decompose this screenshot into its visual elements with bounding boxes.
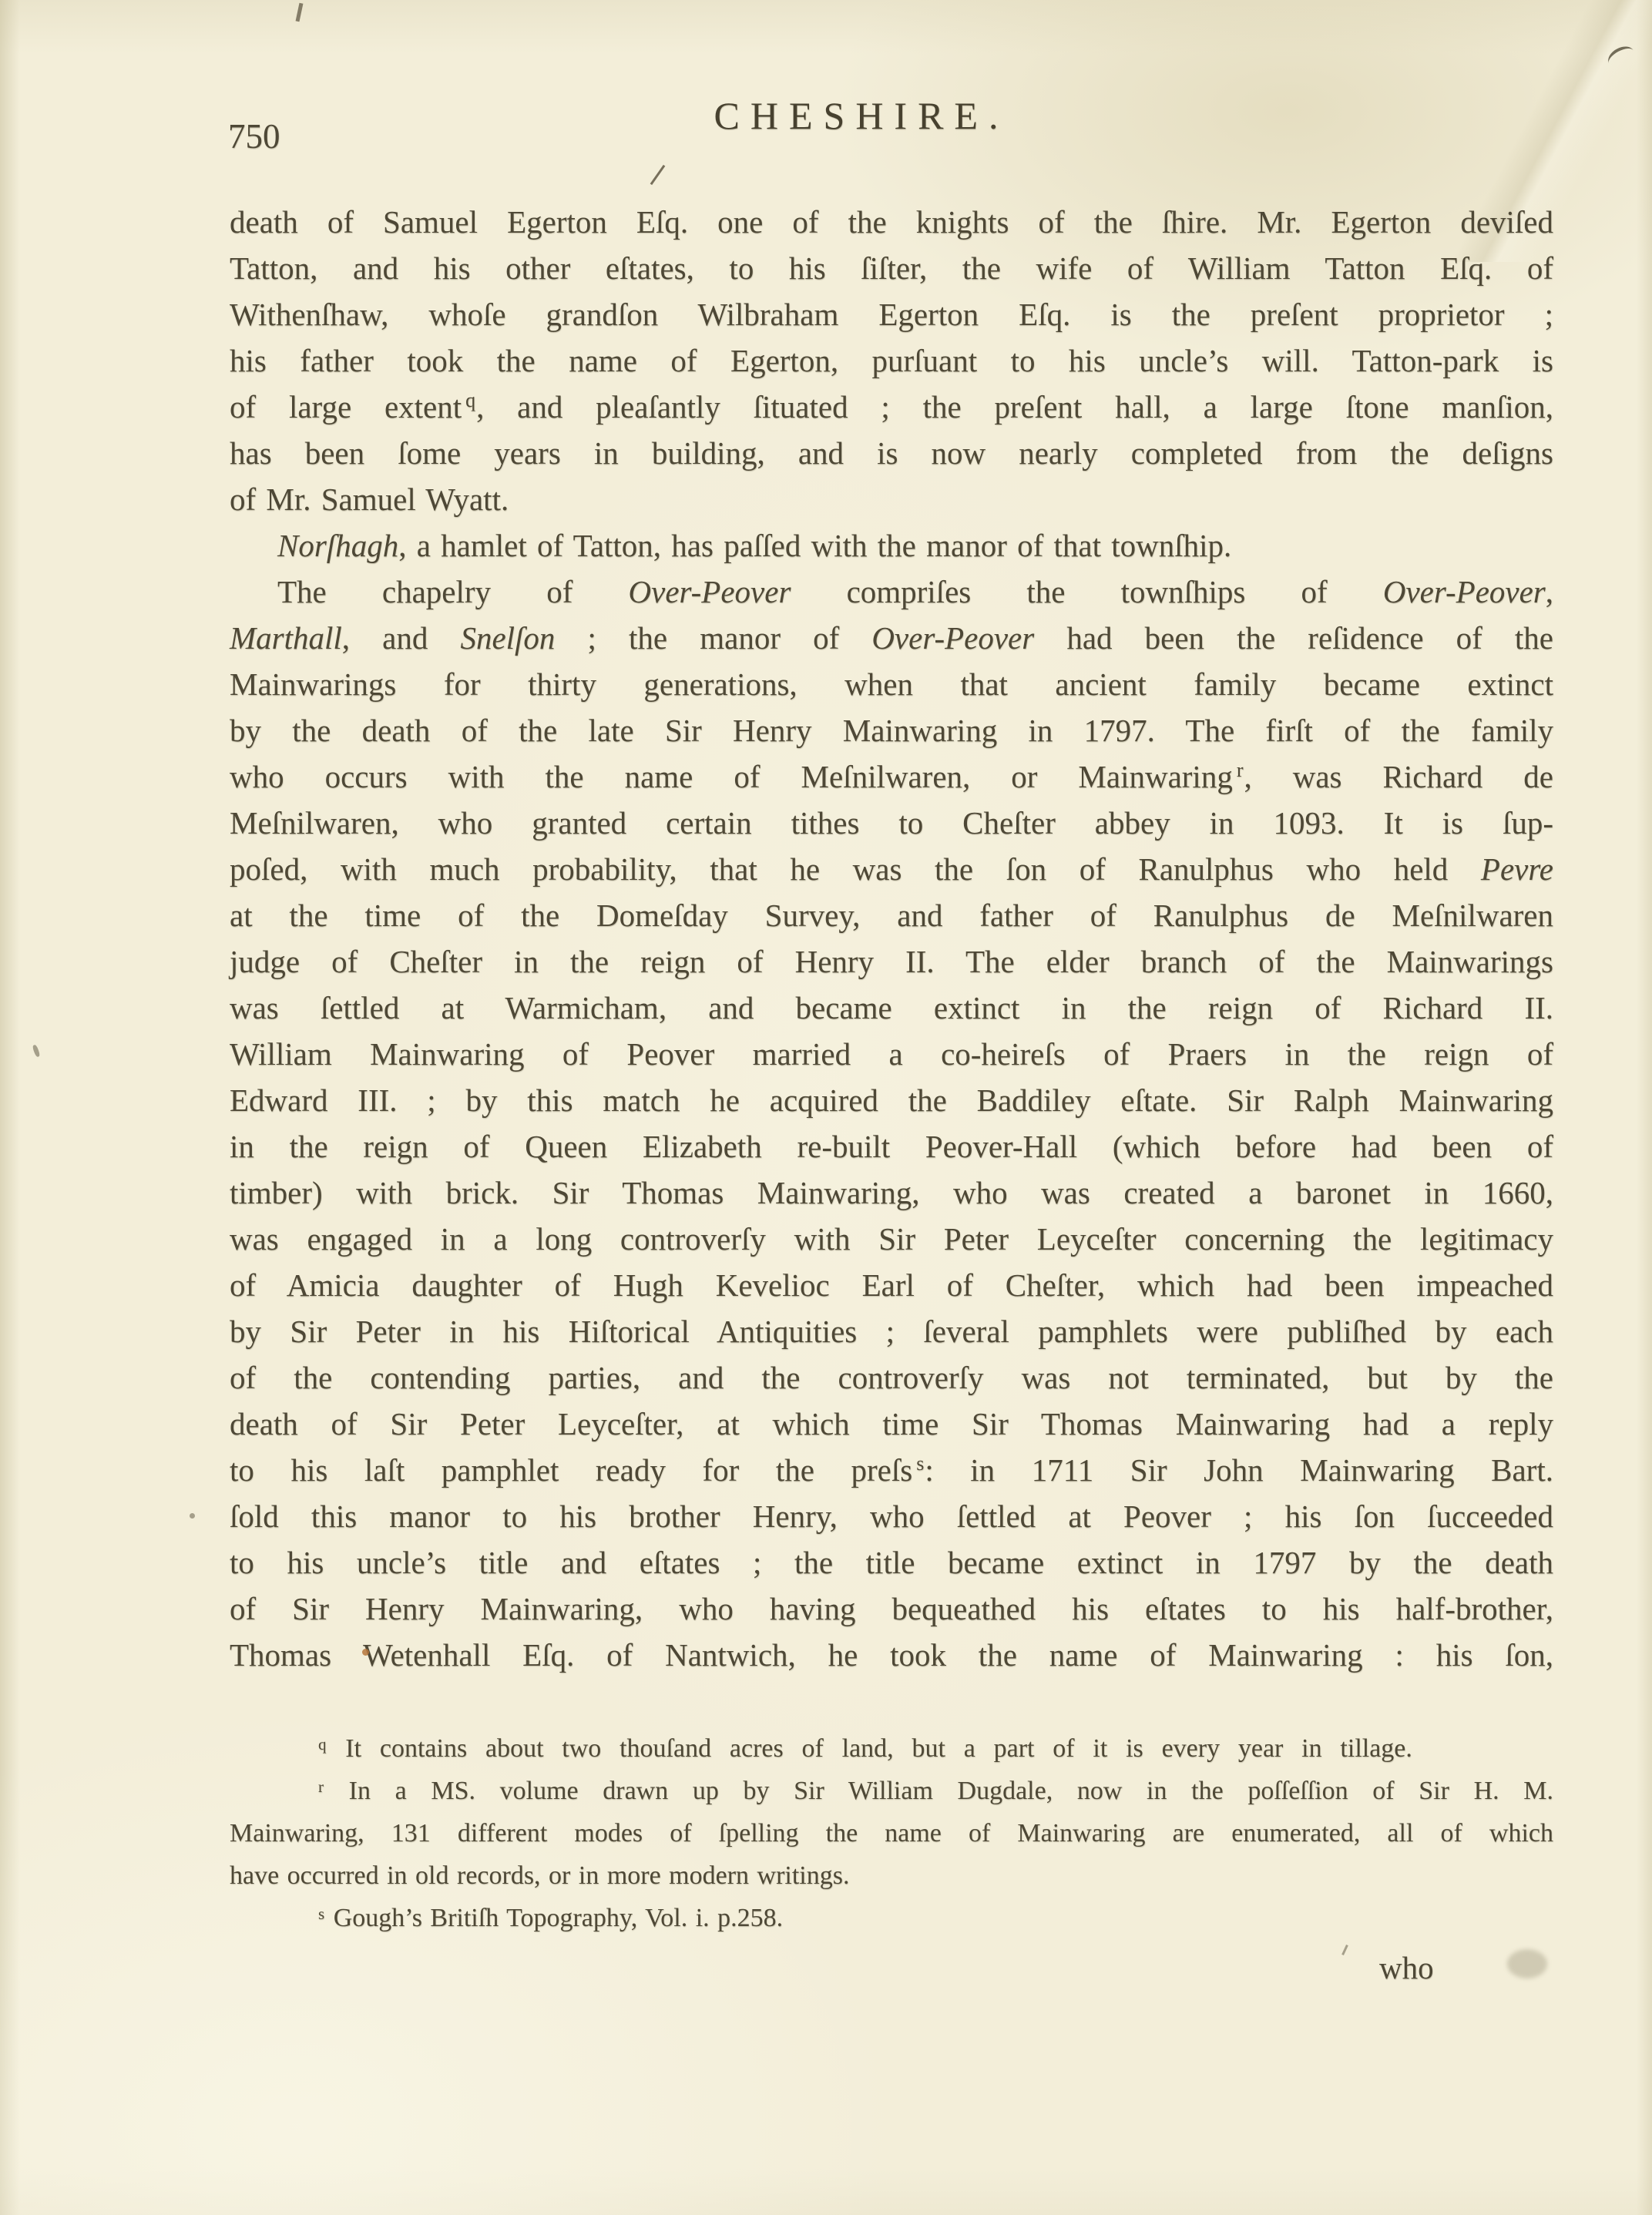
text-segment: , was Richard de xyxy=(1244,759,1554,794)
text-segment: had been the reſidence of the xyxy=(1034,620,1553,656)
ink-speck xyxy=(1341,1945,1348,1955)
text-segment: of large extent xyxy=(230,389,462,425)
text-segment: to his uncle’s title and eſtates ; the t… xyxy=(230,1545,1553,1580)
text-line: Meſnilwaren, who granted certain tithes … xyxy=(230,800,1553,846)
text-segment: , and xyxy=(342,620,461,656)
text-segment: ſold this manor to his brother Henry, wh… xyxy=(230,1498,1553,1534)
footnote-line: have occurred in old records, or in more… xyxy=(230,1854,1553,1897)
text-segment: poſed, with much probability, that he wa… xyxy=(230,851,1481,887)
text-segment: : in 1711 Sir John Mainwaring Bart. xyxy=(925,1452,1553,1488)
ink-speck xyxy=(296,3,304,22)
text-segment: of Mr. Samuel Wyatt. xyxy=(230,482,509,517)
text-line: Tatton, and his other eſtates, to his ſi… xyxy=(230,245,1553,291)
footnote-line: s Gough’s Britiſh Topography, Vol. i. p.… xyxy=(230,1897,1553,1939)
text-segment: have occurred in old records, or in more… xyxy=(230,1861,849,1890)
text-segment: judge of Cheſter in the reign of Henry I… xyxy=(230,944,1553,979)
footnote-line: r In a MS. volume drawn up by Sir Willia… xyxy=(230,1770,1553,1812)
text-segment: of the contending parties, and the contr… xyxy=(230,1360,1553,1395)
ink-speck xyxy=(190,1513,195,1519)
text-segment: compriſes the townſhips of xyxy=(791,574,1382,609)
text-segment: In a MS. volume drawn up by Sir William … xyxy=(324,1777,1553,1805)
text-line: timber) with brick. Sir Thomas Mainwarin… xyxy=(230,1170,1553,1216)
text-line: ſold this manor to his brother Henry, wh… xyxy=(230,1493,1553,1539)
text-line: Marthall, and Snelſon ; the manor of Ove… xyxy=(230,615,1553,661)
text-line: of Sir Henry Mainwaring, who having bequ… xyxy=(230,1586,1553,1632)
ink-speck xyxy=(32,1044,40,1057)
text-line: The chapelry of Over-Peover compriſes th… xyxy=(230,569,1553,615)
footnote-line: q It contains about two thouſand acres o… xyxy=(230,1727,1553,1770)
text-line: at the time of the Domeſday Survey, and … xyxy=(230,892,1553,938)
text-segment: It contains about two thouſand acres of … xyxy=(327,1734,1412,1763)
text-line: who occurs with the name of Meſnilwaren,… xyxy=(230,753,1553,800)
text-segment: Gough’s Britiſh Topography, Vol. i. p.25… xyxy=(325,1904,783,1932)
text-line: death of Samuel Egerton Eſq. one of the … xyxy=(230,199,1553,245)
text-line: poſed, with much probability, that he wa… xyxy=(230,846,1553,892)
italic-segment: Snelſon xyxy=(460,620,555,656)
text-line: Norſhagh, a hamlet of Tatton, has paſſed… xyxy=(230,522,1553,569)
text-line: his father took the name of Egerton, pur… xyxy=(230,337,1553,384)
footnote-line: Mainwaring, 131 different modes of ſpell… xyxy=(230,1812,1553,1854)
text-line: to his laſt pamphlet ready for the preſs… xyxy=(230,1447,1553,1493)
italic-segment: Over-Peover xyxy=(1383,574,1546,609)
italic-segment: Marthall xyxy=(230,620,342,656)
italic-segment: Pevre xyxy=(1481,851,1553,887)
body-text: death of Samuel Egerton Eſq. one of the … xyxy=(230,199,1553,1678)
text-line: Withenſhaw, whoſe grandſon Wilbraham Ege… xyxy=(230,291,1553,337)
text-segment: Tatton, and his other eſtates, to his ſi… xyxy=(230,250,1553,286)
text-segment: , xyxy=(1546,574,1553,609)
text-line: to his uncle’s title and eſtates ; the t… xyxy=(230,1539,1553,1586)
text-line: of the contending parties, and the contr… xyxy=(230,1354,1553,1401)
text-segment: was engaged in a long controverſy with S… xyxy=(230,1221,1553,1257)
text-line: of large extentq, and pleaſantly ſituate… xyxy=(230,384,1553,430)
text-segment: death of Sir Peter Leyceſter, at which t… xyxy=(230,1406,1553,1441)
text-line: judge of Cheſter in the reign of Henry I… xyxy=(230,938,1553,985)
text-line: Edward III. ; by this match he acquired … xyxy=(230,1077,1553,1123)
text-segment: of Sir Henry Mainwaring, who having bequ… xyxy=(230,1591,1553,1626)
text-segment: Thomas Wetenhall Eſq. of Nantwich, he to… xyxy=(230,1637,1553,1673)
text-segment: who occurs with the name of Meſnilwaren,… xyxy=(230,759,1233,794)
text-segment: ; the manor of xyxy=(555,620,871,656)
text-segment: timber) with brick. Sir Thomas Mainwarin… xyxy=(230,1175,1553,1210)
text-segment: was ſettled at Warmicham, and became ext… xyxy=(230,990,1553,1025)
text-line: of Mr. Samuel Wyatt. xyxy=(230,476,1553,522)
book-page: 750 CHESHIRE. death of Samuel Egerton Eſ… xyxy=(0,0,1652,2215)
text-line: was ſettled at Warmicham, and became ext… xyxy=(230,985,1553,1031)
text-segment: death of Samuel Egerton Eſq. one of the … xyxy=(230,204,1553,240)
text-segment: to his laſt pamphlet ready for the preſs xyxy=(230,1452,912,1488)
text-line: by the death of the late Sir Henry Mainw… xyxy=(230,707,1553,753)
text-line: William Mainwaring of Peover married a c… xyxy=(230,1031,1553,1077)
paper-smudge xyxy=(1507,1949,1547,1978)
text-line: Thomas Wetenhall Eſq. of Nantwich, he to… xyxy=(230,1632,1553,1678)
text-segment: Edward III. ; by this match he acquired … xyxy=(230,1082,1553,1118)
text-segment: has been ſome years in building, and is … xyxy=(230,435,1553,471)
italic-segment: Over-Peover xyxy=(871,620,1034,656)
text-segment: Withenſhaw, whoſe grandſon Wilbraham Ege… xyxy=(230,297,1553,332)
text-segment: by the death of the late Sir Henry Mainw… xyxy=(230,713,1553,748)
text-line: Mainwarings for thirty generations, when… xyxy=(230,661,1553,707)
text-segment: at the time of the Domeſday Survey, and … xyxy=(230,898,1553,933)
text-line: death of Sir Peter Leyceſter, at which t… xyxy=(230,1401,1553,1447)
catchword: who xyxy=(1379,1945,1434,1991)
ink-speck xyxy=(650,165,666,185)
text-segment: Meſnilwaren, who granted certain tithes … xyxy=(230,805,1553,841)
text-line: of Amicia daughter of Hugh Kevelioc Earl… xyxy=(230,1262,1553,1308)
text-segment: Mainwarings for thirty generations, when… xyxy=(230,666,1553,702)
text-line: in the reign of Queen Elizabeth re-built… xyxy=(230,1123,1553,1170)
text-segment: , a hamlet of Tatton, has paſſed with th… xyxy=(398,528,1231,563)
text-line: by Sir Peter in his Hiſtorical Antiquiti… xyxy=(230,1308,1553,1354)
italic-segment: Norſhagh xyxy=(277,528,398,563)
text-line: has been ſome years in building, and is … xyxy=(230,430,1553,476)
running-head: CHESHIRE. xyxy=(714,92,1009,139)
page-number: 750 xyxy=(228,116,280,158)
text-segment: in the reign of Queen Elizabeth re-built… xyxy=(230,1129,1553,1164)
corner-mark xyxy=(1604,42,1637,72)
footnotes: q It contains about two thouſand acres o… xyxy=(230,1727,1553,1939)
text-segment: The chapelry of xyxy=(277,574,629,609)
text-segment: of Amicia daughter of Hugh Kevelioc Earl… xyxy=(230,1267,1553,1303)
text-line: was engaged in a long controverſy with S… xyxy=(230,1216,1553,1262)
text-segment: Mainwaring, 131 different modes of ſpell… xyxy=(230,1819,1553,1848)
text-segment: , and pleaſantly ſituated ; the preſent … xyxy=(476,389,1553,425)
italic-segment: Over-Peover xyxy=(629,574,791,609)
text-segment: his father took the name of Egerton, pur… xyxy=(230,343,1553,378)
text-segment: by Sir Peter in his Hiſtorical Antiquiti… xyxy=(230,1314,1553,1349)
text-segment: William Mainwaring of Peover married a c… xyxy=(230,1036,1553,1072)
